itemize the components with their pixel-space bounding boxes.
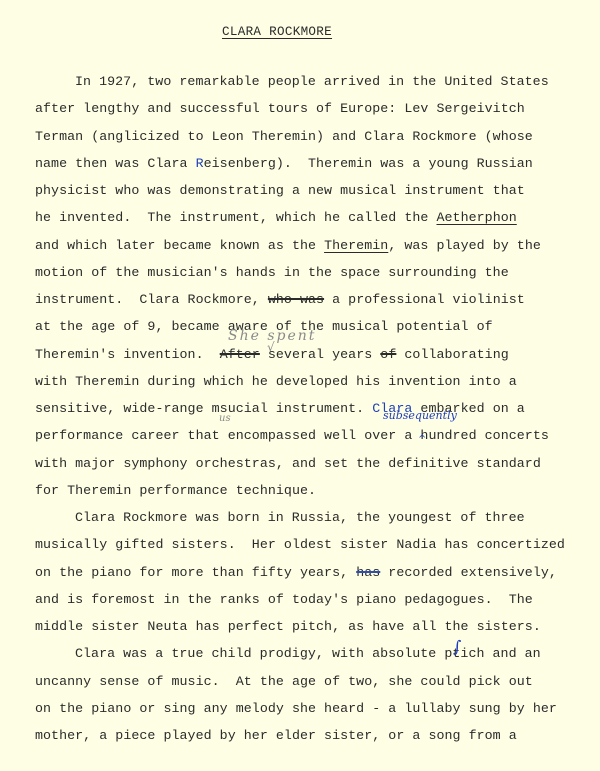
text-line: and is foremost in the ranks of today's … — [35, 592, 533, 608]
text-segment: on the piano or sing any melody she hear… — [35, 701, 557, 716]
text-segment: and is foremost in the ranks of today's … — [35, 592, 533, 607]
text-segment: after lengthy and successful tours of Eu… — [35, 101, 525, 116]
text-segment: on the piano for more than fifty years, — [35, 565, 356, 580]
text-strike: who was — [268, 292, 324, 307]
text-segment: a professional violinist — [324, 292, 525, 307]
text-segment: he invented. The instrument, which he ca… — [35, 210, 436, 225]
text-line: Clara Rockmore was born in Russia, the y… — [75, 510, 525, 526]
text-segment: motion of the musician's hands in the sp… — [35, 265, 509, 280]
text-segment: physicist who was demonstrating a new mu… — [35, 183, 525, 198]
text-line: instrument. Clara Rockmore, who was a pr… — [35, 292, 525, 308]
text-line: on the piano or sing any melody she hear… — [35, 701, 557, 717]
text-segment: sensitive, wide-range msucial instrument… — [35, 401, 372, 416]
text-line: he invented. The instrument, which he ca… — [35, 210, 517, 226]
text-u: Theremin — [324, 238, 388, 253]
text-line: middle sister Neuta has perfect pitch, a… — [35, 619, 541, 635]
text-segment: with Theremin during which he developed … — [35, 374, 517, 389]
text-line: In 1927, two remarkable people arrived i… — [75, 74, 549, 90]
text-line: Terman (anglicized to Leon Theremin) and… — [35, 129, 533, 145]
text-segment: mother, a piece played by her elder sist… — [35, 728, 517, 743]
text-line: for Theremin performance technique. — [35, 483, 316, 499]
text-line: physicist who was demonstrating a new mu… — [35, 183, 525, 199]
text-segment: Clara Rockmore was born in Russia, the y… — [75, 510, 525, 525]
text-segment: several years — [260, 347, 380, 362]
caret-mark: ^ — [418, 434, 426, 445]
text-segment: with major symphony orchestras, and set … — [35, 456, 541, 471]
text-segment: musically gifted sisters. Her oldest sis… — [35, 537, 565, 552]
text-line: motion of the musician's hands in the sp… — [35, 265, 509, 281]
text-line: with Theremin during which he developed … — [35, 374, 517, 390]
text-line: uncanny sense of music. At the age of tw… — [35, 674, 533, 690]
text-line: after lengthy and successful tours of Eu… — [35, 101, 525, 117]
text-segment: recorded extensively, — [380, 565, 557, 580]
annotation-subsequently: subsequently — [383, 409, 457, 422]
document-page: CLARA ROCKMORE In 1927, two remarkable p… — [0, 0, 600, 771]
text-segment: middle sister Neuta has perfect pitch, a… — [35, 619, 541, 634]
text-segment: Terman (anglicized to Leon Theremin) and… — [35, 129, 533, 144]
text-segment: name then was Clara — [35, 156, 196, 171]
text-ink-blue: R — [196, 156, 204, 171]
annotation-us-correction: us — [219, 413, 231, 424]
text-segment: collaborating — [396, 347, 508, 362]
text-segment: Theremin's invention. — [35, 347, 220, 362]
text-segment: uncanny sense of music. At the age of tw… — [35, 674, 533, 689]
text-segment: , was played by the — [388, 238, 541, 253]
text-line: mother, a piece played by her elder sist… — [35, 728, 517, 744]
text-segment: instrument. Clara Rockmore, — [35, 292, 268, 307]
text-line: with major symphony orchestras, and set … — [35, 456, 541, 472]
annotation-pitch-transpose: ∫ — [453, 637, 461, 656]
text-segment: eisenberg). Theremin was a young Russian — [204, 156, 533, 171]
text-strike-blue: has — [356, 565, 380, 580]
text-line: on the piano for more than fifty years, … — [35, 565, 557, 581]
text-segment: performance career that encompassed well… — [35, 428, 549, 443]
text-segment: and which later became known as the — [35, 238, 324, 253]
text-u: Aetherphon — [436, 210, 516, 225]
text-line: performance career that encompassed well… — [35, 428, 549, 444]
text-strike: of — [380, 347, 396, 362]
document-title: CLARA ROCKMORE — [222, 25, 332, 39]
text-line: name then was Clara Reisenberg). Theremi… — [35, 156, 533, 172]
text-segment: Clara was a true child prodigy, with abs… — [75, 646, 541, 661]
text-line: musically gifted sisters. Her oldest sis… — [35, 537, 565, 553]
text-line: Clara was a true child prodigy, with abs… — [75, 646, 541, 662]
text-line: and which later became known as the Ther… — [35, 238, 541, 254]
text-strike: After — [220, 347, 260, 362]
text-segment: In 1927, two remarkable people arrived i… — [75, 74, 549, 89]
caret-mark: √ — [267, 340, 275, 354]
text-segment: for Theremin performance technique. — [35, 483, 316, 498]
